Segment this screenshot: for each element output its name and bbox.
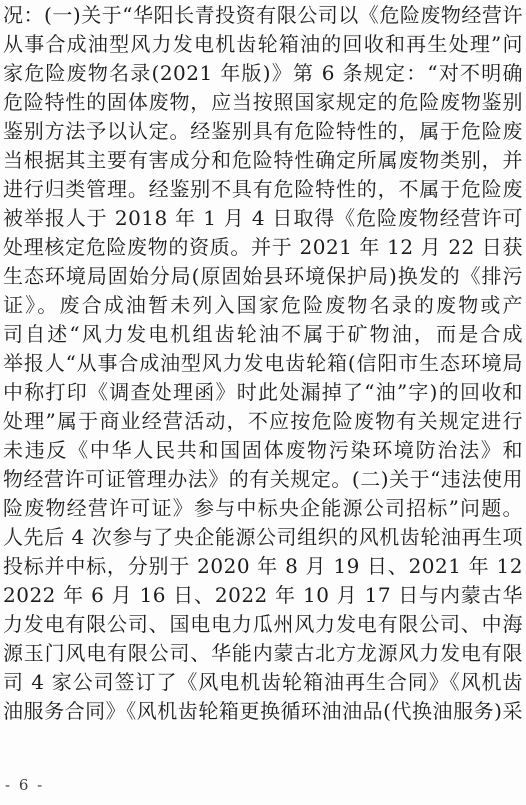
text-line: 险废物经营许可证》参与中标央企能源公司招标”问题。被举报	[3, 494, 523, 523]
text-line: 司 4 家公司签订了《风电机齿轮箱油再生合同》《风机齿轮箱换	[3, 668, 523, 697]
text-line: 司自述“风力发电机组齿轮油不属于矿物油，而是合成油”，被	[3, 320, 523, 349]
text-line: 当根据其主要有害成分和危险特性确定所属废物类别，并按代码	[3, 146, 523, 175]
text-line: 家危险废物名录(2021 年版)》第 6 条规定：“对不明确是否具有	[3, 59, 523, 88]
text-line: 2022 年 6 月 16 日、2022 年 10 月 17 日与内蒙古华电辉腾…	[3, 581, 523, 610]
page-number: - 6 -	[5, 778, 44, 793]
text-line: 油服务合同》《风机齿轮箱更换循环油油品(代换油服务)采购合	[3, 697, 523, 726]
text-line: 未违反《中华人民共和国固体废物污染环境防治法》和《危险废	[3, 436, 523, 465]
text-line: 处理”属于商业经营活动，不应按危险废物有关规定进行管理，	[3, 407, 523, 436]
text-line: 力发电有限公司、国电电力瓜州风力发电有限公司、中海油新能	[3, 610, 523, 639]
text-line: 中称打印《调查处理函》时此处漏掉了“油”字)的回收和再生	[3, 378, 523, 407]
text-line: 投标并中标，分别于 2020 年 8 月 19 日、2021 年 12 月 21…	[3, 552, 523, 581]
text-line: 源玉门风电有限公司、华能内蒙古北方龙源风力发电有限责任公	[3, 639, 523, 668]
text-line: 举报人“从事合成油型风力发电齿轮箱(信阳市生态环境局庭审	[3, 349, 523, 378]
text-line: 危险特性的固体废物，应当按照国家规定的危险废物鉴别标准和	[3, 88, 523, 117]
text-line: 从事合成油型风力发电机齿轮箱油的回收和再生处理”问题。《国	[3, 30, 523, 59]
document-body: 况：(一)关于“华阳长青投资有限公司以《危险废物经营许可证》从事合成油型风力发电…	[3, 1, 523, 726]
text-line: 况：(一)关于“华阳长青投资有限公司以《危险废物经营许可证》	[3, 1, 523, 30]
text-line: 鉴别方法予以认定。经鉴别具有危险特性的，属于危险废物，应	[3, 117, 523, 146]
text-line: 生态环境局固始分局(原固始县环境保护局)换发的《排污许可	[3, 262, 523, 291]
document-page: 况：(一)关于“华阳长青投资有限公司以《危险废物经营许可证》从事合成油型风力发电…	[0, 0, 526, 805]
text-line: 人先后 4 次参与了央企能源公司组织的风机齿轮油再生项目招	[3, 523, 523, 552]
text-line: 被举报人于 2018 年 1 月 4 日取得《危险废物经营许可证》，具有	[3, 204, 523, 233]
text-line: 物经营许可证管理办法》的有关规定。(二)关于“违法使用《危	[3, 465, 523, 494]
text-line: 处理核定危险废物的资质。并于 2021 年 12 月 22 日获得信阳市	[3, 233, 523, 262]
text-line: 证》。废合成油暂未列入国家危险废物名录的废物或产品。贵公	[3, 291, 523, 320]
text-line: 进行归类管理。经鉴别不具有危险特性的，不属于危险废物。”	[3, 175, 523, 204]
